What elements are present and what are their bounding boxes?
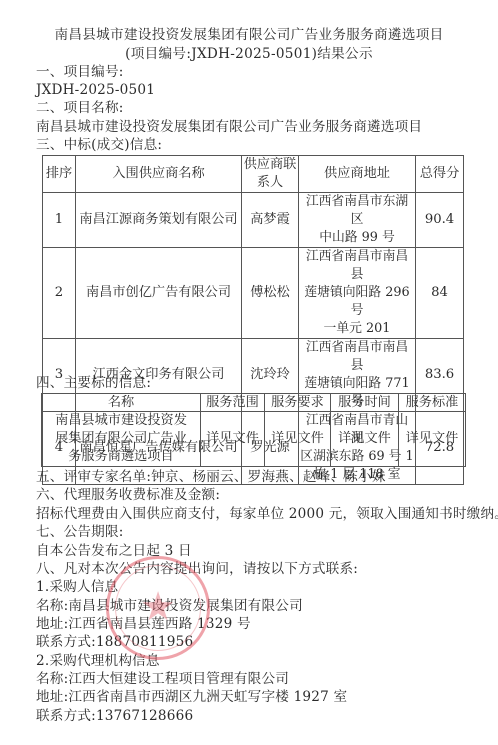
header-service-scope: 服务范围 [201,394,265,412]
service-standard-cell: 详见文件 [399,412,466,467]
rank-cell: 1 [43,193,76,248]
header-contact: 供应商联 系人 [242,156,299,193]
project-number-value: JXDH-2025-0501 [36,81,155,99]
agency-phone: 联系方式:13767128666 [36,707,193,725]
buyer-name: 名称:南昌县城市建设投资发展集团有限公司 [36,597,303,615]
address-line: 江西省南昌市东湖区 [300,193,414,229]
address-line: 江西省南昌市南昌县 [300,339,414,375]
agency-heading: 2.采购代理机构信息 [36,652,160,670]
service-scope-cell: 详见文件 [201,412,265,467]
section-period-heading: 七、公告期限: [36,523,124,541]
address-cell: 江西省南昌市东湖区 中山路 99 号 [299,193,416,248]
agency-name: 名称:江西大恒建设工程项目管理有限公司 [36,670,289,688]
subject-name-line: 务服务商遴选项目 [43,448,199,466]
project-name-value: 南昌县城市建设投资发展集团有限公司广告业务服务商遴选项目 [36,118,422,136]
table-row: 南昌县城市建设投资发 展集团有限公司广告业 务服务商遴选项目 详见文件 详见文件… [42,412,466,467]
header-score: 总得分 [416,156,464,193]
header-contact-line2: 系人 [243,174,297,192]
section-award-heading: 三、中标(成交)信息: [36,136,162,154]
subject-name-cell: 南昌县城市建设投资发 展集团有限公司广告业 务服务商遴选项目 [42,412,201,467]
header-service-standard: 服务标准 [399,394,466,412]
address-cell: 江西省南昌市南昌县 莲塘镇向阳路 296 号 一单元 201 [299,248,416,339]
contact-cell: 傅松松 [242,248,299,339]
service-time-cell: 详见文件 [331,412,399,467]
address-line: 中山路 99 号 [300,229,414,247]
subject-table-header: 名称 服务范围 服务要求 服务时间 服务标准 [42,394,466,412]
subject-name-line: 南昌县城市建设投资发 [43,412,199,430]
section-contact-heading: 八、凡对本次公告内容提出询问，请按以下方式联系: [36,560,358,578]
fee-value: 招标代理费由入围供应商支付，每家单位 2000 元，领取入围通知书时缴纳。 [36,505,498,523]
document-title-line1: 南昌县城市建设投资发展集团有限公司广告业务服务商遴选项目 [0,26,498,44]
header-service-time: 服务时间 [331,394,399,412]
header-supplier-name: 入围供应商名称 [76,156,242,193]
supplier-name-cell: 南昌江源商务策划有限公司 [76,193,242,248]
section-project-number-heading: 一、项目编号: [36,63,124,81]
document-title-line2: (项目编号:JXDH-2025-0501)结果公示 [0,45,498,63]
supplier-name-cell: 南昌市创亿广告有限公司 [76,248,242,339]
section-project-name-heading: 二、项目名称: [36,99,124,117]
winners-table-header: 排序 入围供应商名称 供应商联 系人 供应商地址 总得分 [43,156,464,193]
address-line: 江西省南昌市南昌县 [300,248,414,284]
contact-cell: 高梦霞 [242,193,299,248]
buyer-heading: 1.采购人信息 [36,578,118,596]
subject-info-table: 名称 服务范围 服务要求 服务时间 服务标准 南昌县城市建设投资发 展集团有限公… [41,393,466,467]
service-requirements-cell: 详见文件 [265,412,331,467]
period-value: 自本公告发布之日起 3 日 [36,542,192,560]
subject-name-line: 展集团有限公司广告业 [43,430,199,448]
address-line: 一单元 201 [300,320,414,338]
experts-list: 五、评审专家名单:钟京、杨丽云、罗海燕、赵峰、陈小妹 [36,468,386,486]
rank-cell: 2 [43,248,76,339]
buyer-address: 地址:江西省南昌县莲西路 1329 号 [36,615,251,633]
score-cell: 90.4 [416,193,464,248]
header-contact-line1: 供应商联 [243,156,297,174]
section-fee-heading: 六、代理服务收费标准及金额: [36,486,220,504]
address-line: 莲塘镇向阳路 296 号 [300,284,414,320]
header-service-requirements: 服务要求 [265,394,331,412]
header-rank: 排序 [43,156,76,193]
score-cell: 84 [416,248,464,339]
buyer-phone: 联系方式:18870811956 [36,633,193,651]
section-subject-heading: 四、主要标的信息: [36,374,151,392]
table-row: 1 南昌江源商务策划有限公司 高梦霞 江西省南昌市东湖区 中山路 99 号 90… [43,193,464,248]
header-name: 名称 [42,394,201,412]
agency-address: 地址:江西省南昌市西湖区九洲天虹写字楼 1927 室 [36,688,347,706]
header-address: 供应商地址 [299,156,416,193]
table-row: 2 南昌市创亿广告有限公司 傅松松 江西省南昌市南昌县 莲塘镇向阳路 296 号… [43,248,464,339]
